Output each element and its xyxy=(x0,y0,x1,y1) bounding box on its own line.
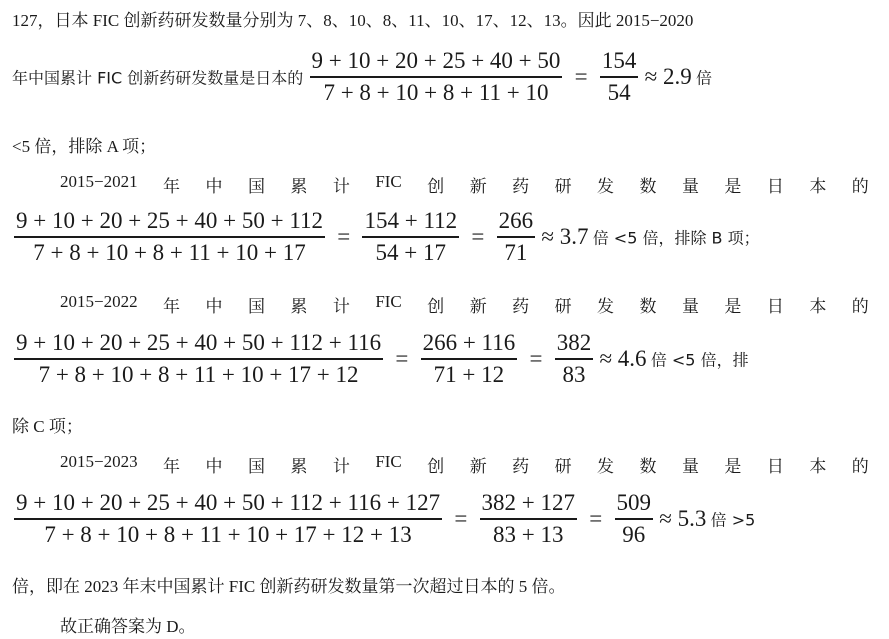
para-4-intro: 2015−2023年中国累计FIC创新药研发数量是日本的 xyxy=(60,452,869,477)
equation-3-line: 9 + 10 + 20 + 25 + 40 + 50 + 112 + 116 7… xyxy=(12,328,749,390)
eq4-fraction: 9 + 10 + 20 + 25 + 40 + 50 + 112 + 116 +… xyxy=(14,488,442,550)
para-3-intro: 2015−2022年中国累计FIC创新药研发数量是日本的 xyxy=(60,292,869,317)
eq3-fraction: 9 + 10 + 20 + 25 + 40 + 50 + 112 + 116 7… xyxy=(14,328,383,390)
equation-1-line: 年中国累计 FIC 创新药研发数量是日本的 9 + 10 + 20 + 25 +… xyxy=(12,46,712,108)
para-2-intro: 2015−2021年中国累计FIC创新药研发数量是日本的 xyxy=(60,172,869,197)
eq1-fraction: 9 + 10 + 20 + 25 + 40 + 50 7 + 8 + 10 + … xyxy=(310,46,563,108)
eq2-fraction: 9 + 10 + 20 + 25 + 40 + 50 + 112 7 + 8 +… xyxy=(14,206,325,268)
text-line-3: <5 倍，排除 A 项； xyxy=(12,132,156,157)
eq1-prefix: 年中国累计 FIC 创新药研发数量是日本的 xyxy=(12,68,303,87)
para-4-tail: 倍，即在 2023 年末中国累计 FIC 创新药研发数量第一次超过日本的 5 倍… xyxy=(12,572,565,597)
equation-4-line: 9 + 10 + 20 + 25 + 40 + 50 + 112 + 116 +… xyxy=(12,488,755,550)
para-3-tail: 除 C 项； xyxy=(12,412,83,437)
text-line-1: 127，日本 FIC 创新药研发数量分别为 7、8、10、8、11、10、17、… xyxy=(12,6,693,31)
eq1-fraction-result: 154 54 xyxy=(600,46,639,108)
equation-2-line: 9 + 10 + 20 + 25 + 40 + 50 + 112 7 + 8 +… xyxy=(12,206,760,268)
conclusion: 故正确答案为 D。 xyxy=(60,612,196,637)
